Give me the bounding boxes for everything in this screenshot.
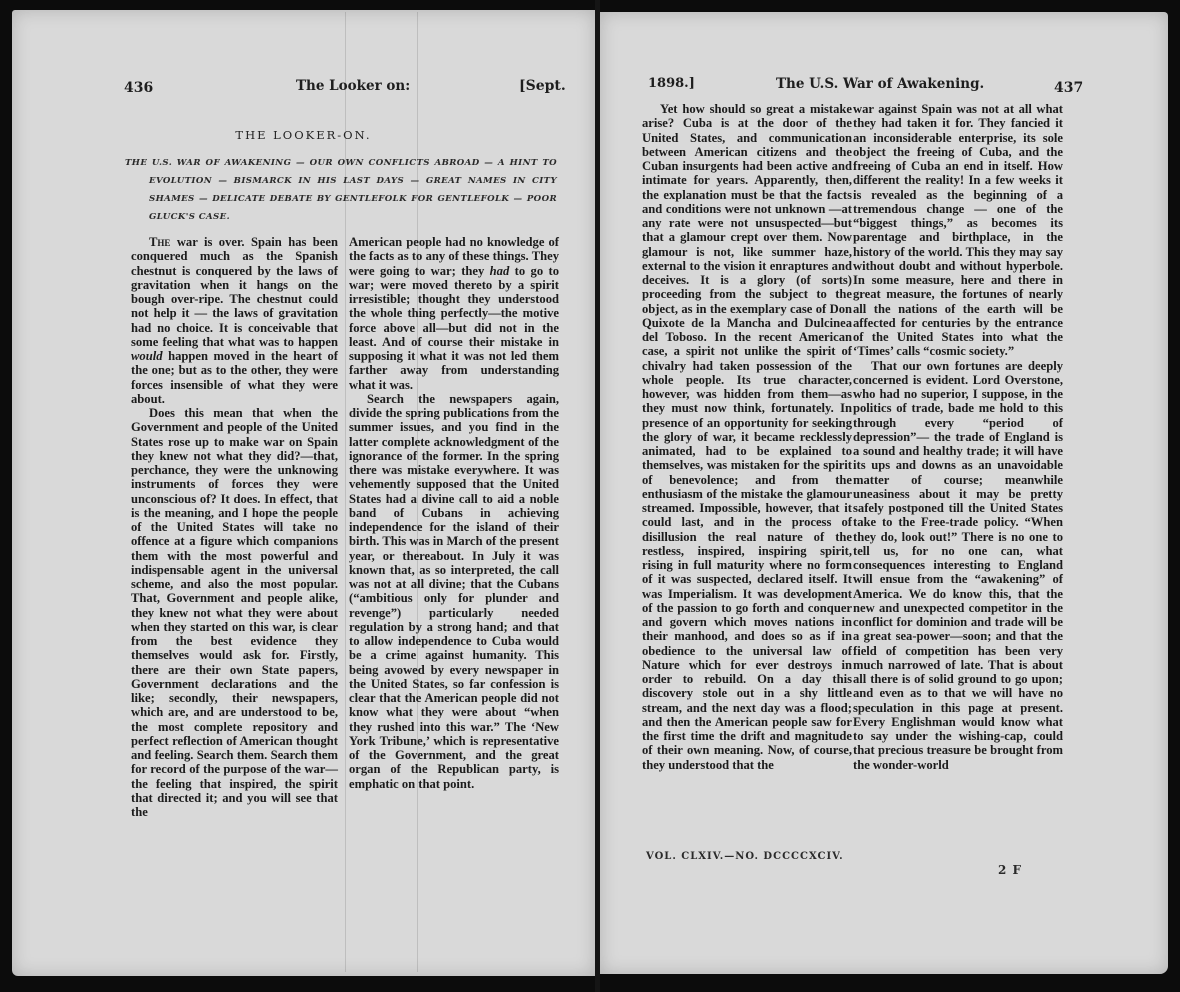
paragraph: Does this mean that when the Government … <box>131 406 338 819</box>
signature-mark: 2 F <box>998 863 1022 877</box>
paragraph: That our own fortunes are deeply concern… <box>853 359 1063 772</box>
left-date-bracket: [Sept. <box>519 78 566 94</box>
contents-summary: The U.S. War of Awakening — Our own Conf… <box>125 154 557 226</box>
book-gutter <box>595 0 600 992</box>
right-page-number: 437 <box>1054 80 1083 96</box>
section-title: THE LOOKER-ON. <box>12 128 595 142</box>
right-running-title: The U.S. War of Awakening. <box>776 76 984 92</box>
left-page-number: 436 <box>124 80 153 96</box>
right-column-1: Yet how should so great a mistake arise?… <box>642 102 852 772</box>
paragraph: war against Spain was not at all what th… <box>853 102 1063 359</box>
right-date-bracket: 1898.] <box>648 76 695 91</box>
drop-word: The <box>149 235 170 249</box>
volume-footer: VOL. CLXIV.—NO. DCCCCXCIV. <box>646 851 844 862</box>
paragraph: American people had no knowledge of the … <box>349 235 559 392</box>
left-column-2: American people had no knowledge of the … <box>349 235 559 791</box>
left-column-1: The war is over. Spain has been conquere… <box>131 235 338 819</box>
paragraph: Search the newspapers again, divide the … <box>349 392 559 791</box>
paragraph: Yet how should so great a mistake arise?… <box>642 102 852 772</box>
paragraph: The war is over. Spain has been conquere… <box>131 235 338 406</box>
left-running-title: The Looker on: <box>296 78 410 94</box>
right-column-2: war against Spain was not at all what th… <box>853 102 1063 772</box>
